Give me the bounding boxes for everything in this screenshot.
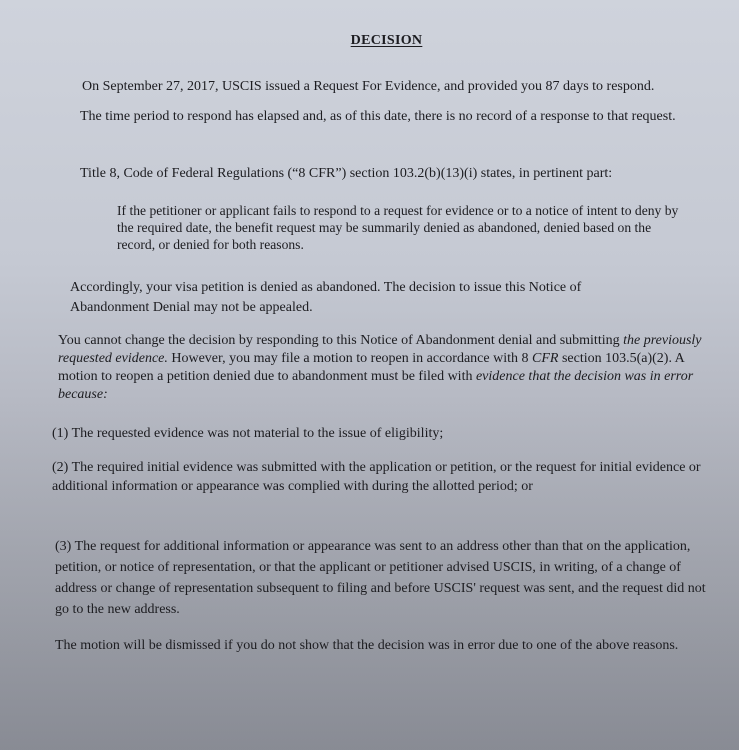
motion-text-4: CFR bbox=[532, 351, 558, 366]
reason-item-3: (3) The request for additional informati… bbox=[55, 536, 715, 620]
regulation-quote: If the petitioner or applicant fails to … bbox=[117, 202, 687, 253]
document-page: DECISION On September 27, 2017, USCIS is… bbox=[0, 0, 739, 750]
title-text: DECISION bbox=[351, 33, 423, 48]
document-title: DECISION bbox=[0, 33, 739, 49]
regulation-intro-paragraph: Title 8, Code of Federal Regulations (“8… bbox=[80, 164, 700, 183]
reason-item-2: (2) The required initial evidence was su… bbox=[52, 458, 712, 496]
time-elapsed-paragraph: The time period to respond has elapsed a… bbox=[80, 107, 680, 126]
motion-to-reopen-paragraph: You cannot change the decision by respon… bbox=[58, 332, 708, 404]
motion-text-1: You cannot change the decision by respon… bbox=[58, 333, 623, 348]
motion-text-3: However, you may file a motion to reopen… bbox=[168, 351, 532, 366]
dismissal-paragraph: The motion will be dismissed if you do n… bbox=[55, 633, 715, 659]
reason-item-1: (1) The requested evidence was not mater… bbox=[52, 424, 702, 443]
rfe-issued-paragraph: On September 27, 2017, USCIS issued a Re… bbox=[82, 77, 702, 96]
denial-paragraph: Accordingly, your visa petition is denie… bbox=[70, 278, 650, 318]
